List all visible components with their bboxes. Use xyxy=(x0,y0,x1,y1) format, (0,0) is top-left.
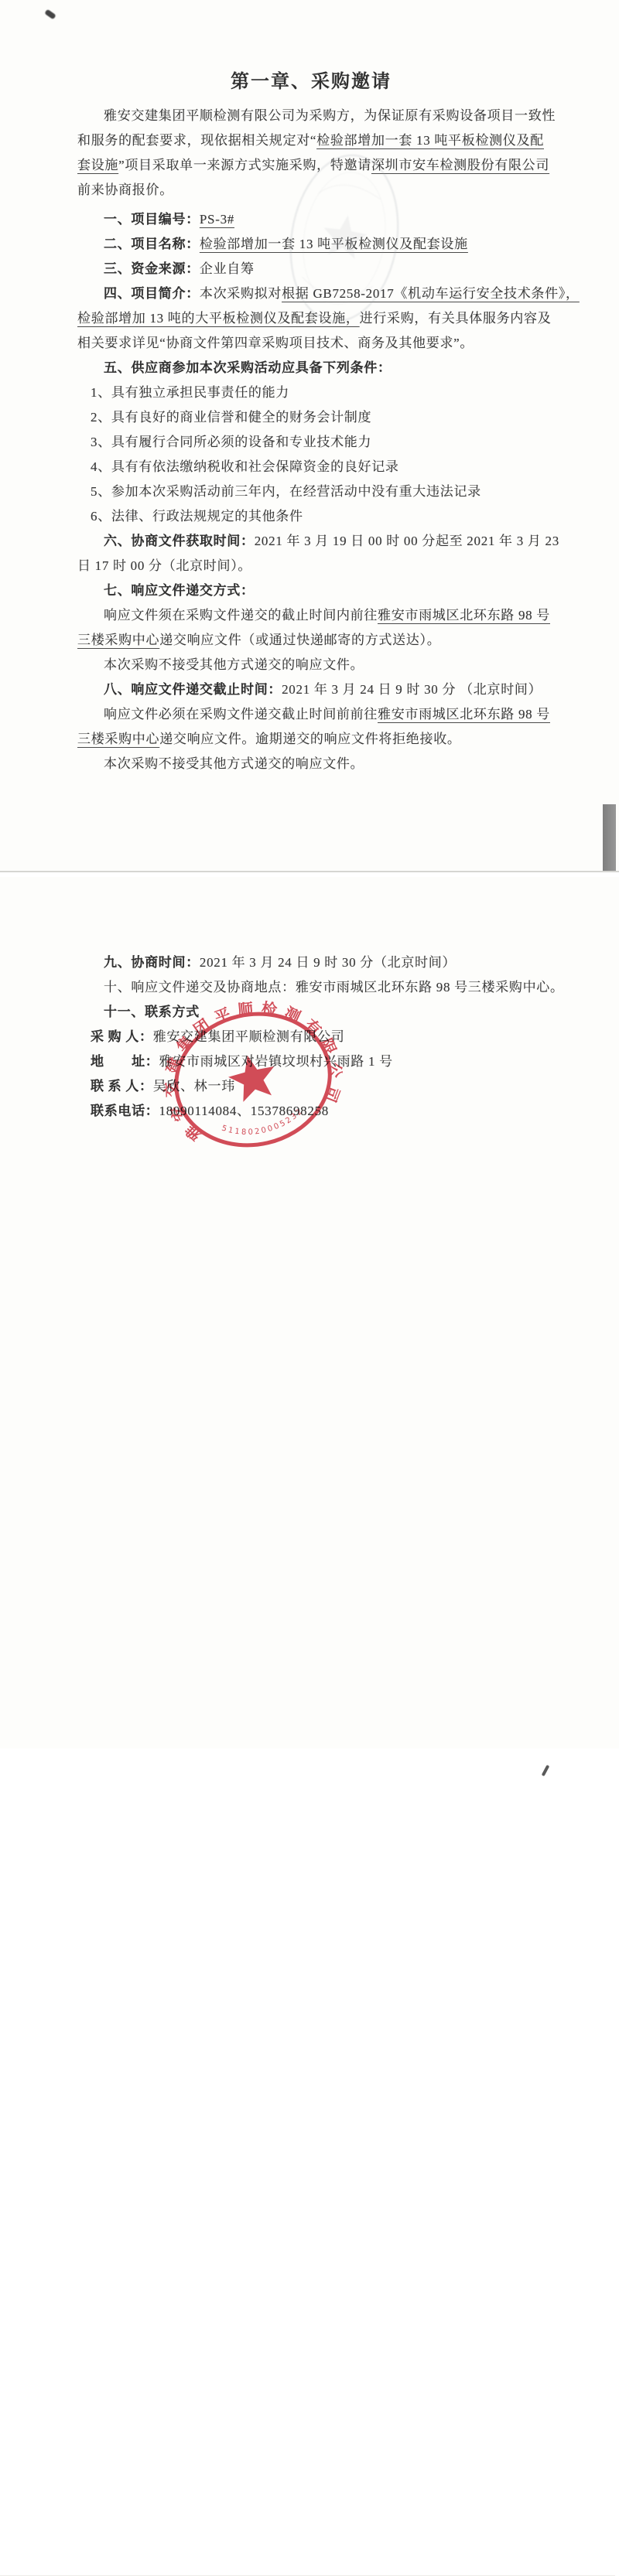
text-segment: 企业自筹 xyxy=(200,261,255,276)
text-segment: 二、项目名称： xyxy=(104,237,200,251)
text-segment: 2021 年 3 月 19 日 00 时 00 分起至 2021 年 3 月 2… xyxy=(255,534,559,548)
text-segment: 五、供应商参加本次采购活动应具备下列条件： xyxy=(104,360,392,375)
text-segment: 套设施 xyxy=(77,158,118,172)
text-segment: 2021 年 3 月 24 日 9 时 30 分 （北京时间） xyxy=(282,682,542,697)
text-segment: 三、资金来源： xyxy=(104,261,200,276)
doc-line: 5、参加本次采购活动前三年内，在经营活动中没有重大违法记录 xyxy=(77,479,545,504)
doc-line: 1、具有独立承担民事责任的能力 xyxy=(77,380,545,405)
doc-line: 三楼采购中心递交响应文件。逾期递交的响应文件将拒绝接收。 xyxy=(77,727,545,752)
text-segment: 本次采购拟对 xyxy=(200,286,282,301)
doc-line: 七、响应文件递交方式： xyxy=(77,578,545,603)
scan-mark xyxy=(44,9,56,20)
text-segment: 六、协商文件获取时间： xyxy=(104,534,255,548)
text-segment: 5、参加本次采购活动前三年内，在经营活动中没有重大违法记录 xyxy=(91,484,481,499)
scanner-edge-artifact xyxy=(603,804,616,871)
page1-content: 第一章、采购邀请 雅安交建集团平顺检测有限公司为采购方，为保证原有采购设备项目一… xyxy=(77,0,545,776)
doc-line: 三楼采购中心递交响应文件（或通过快递邮寄的方式送达）。 xyxy=(77,628,545,653)
seal-star-icon xyxy=(224,1050,280,1104)
doc-line: 本次采购不接受其他方式递交的响应文件。 xyxy=(77,752,545,776)
text-segment: 响应文件必须在采购文件递交截止时间前前往 xyxy=(104,707,378,722)
text-segment: 九、协商时间： xyxy=(104,955,200,970)
doc-line: 六、协商文件获取时间：2021 年 3 月 19 日 00 时 00 分起至 2… xyxy=(77,529,545,554)
doc-line: 日 17 时 00 分（北京时间）。 xyxy=(77,554,545,578)
text-segment: 八、响应文件递交截止时间： xyxy=(104,682,282,697)
text-segment: 一、项目编号： xyxy=(104,212,200,227)
text-segment: 1、具有独立承担民事责任的能力 xyxy=(91,385,289,400)
doc-line: 五、供应商参加本次采购活动应具备下列条件： xyxy=(77,356,545,380)
text-segment: 本次采购不接受其他方式递交的响应文件。 xyxy=(104,756,364,771)
text-segment: 前来协商报价。 xyxy=(77,183,173,197)
doc-line: 响应文件必须在采购文件递交截止时间前前往雅安市雨城区北环东路 98 号 xyxy=(77,702,545,727)
text-segment: 递交响应文件。逾期递交的响应文件将拒绝接收。 xyxy=(159,732,460,746)
text-segment: 2、具有良好的商业信誉和健全的财务会计制度 xyxy=(91,410,371,425)
text-segment: 三楼采购中心 xyxy=(77,732,159,746)
ghost-star-icon xyxy=(320,212,369,260)
text-segment: 三楼采购中心 xyxy=(77,633,159,647)
doc-line: 响应文件须在采购文件递交的截止时间内前往雅安市雨城区北环东路 98 号 xyxy=(77,603,545,628)
doc-line: 八、响应文件递交截止时间：2021 年 3 月 24 日 9 时 30 分 （北… xyxy=(77,677,545,702)
text-segment: 雅安交建集团平顺检测有限公司为采购方，为保证原有采购设备项目一致性 xyxy=(104,108,556,123)
text-segment: 4、具有有依法缴纳税收和社会保障资金的良好记录 xyxy=(91,459,399,474)
doc-line: 本次采购不接受其他方式递交的响应文件。 xyxy=(77,653,545,677)
doc-line: 4、具有有依法缴纳税收和社会保障资金的良好记录 xyxy=(77,455,545,479)
doc-line: 2、具有良好的商业信誉和健全的财务会计制度 xyxy=(77,405,545,430)
text-segment: 四、项目简介： xyxy=(104,286,200,301)
doc-line: 九、协商时间：2021 年 3 月 24 日 9 时 30 分（北京时间） xyxy=(77,950,545,975)
text-segment: 递交响应文件（或通过快递邮寄的方式送达）。 xyxy=(159,633,440,647)
svg-text:5118020005232: 5118020005232 xyxy=(219,1105,308,1144)
text-segment: 2021 年 3 月 24 日 9 时 30 分（北京时间） xyxy=(200,955,456,970)
seal-number-text: 5118020005232 xyxy=(219,1105,308,1144)
text-segment: 和服务的配套要求，现依据相关规定对“ xyxy=(77,133,316,148)
text-segment: 本次采购不接受其他方式递交的响应文件。 xyxy=(104,657,364,672)
doc-line: 6、法律、行政法规规定的其他条件 xyxy=(77,504,545,529)
text-segment: 检验部增加一套 13 吨平板检测仪及配 xyxy=(316,133,544,148)
text-segment: 七、响应文件递交方式： xyxy=(104,583,255,598)
document-page-1: 第一章、采购邀请 雅安交建集团平顺检测有限公司为采购方，为保证原有采购设备项目一… xyxy=(0,0,619,872)
doc-line: 雅安交建集团平顺检测有限公司为采购方，为保证原有采购设备项目一致性 xyxy=(77,104,545,128)
text-segment: 联 系 人： xyxy=(91,1079,153,1094)
text-segment: 雅安市雨城区北环东路 98 号三楼采购中心。 xyxy=(296,980,564,995)
text-segment: PS-3# xyxy=(200,212,234,227)
text-segment: 联系电话： xyxy=(91,1104,159,1118)
page-title: 第一章、采购邀请 xyxy=(77,68,545,96)
doc-line: 3、具有履行合同所必须的设备和专业技术能力 xyxy=(77,430,545,455)
text-segment: 响应文件须在采购文件递交的截止时间内前往 xyxy=(104,608,378,623)
text-segment: 3、具有履行合同所必须的设备和专业技术能力 xyxy=(91,435,371,449)
text-segment: 相关要求详见“协商文件第四章采购项目技术、商务及其他要求”。 xyxy=(77,336,474,350)
text-segment: 6、法律、行政法规规定的其他条件 xyxy=(91,509,303,524)
text-segment: 雅安市雨城区北环东路 98 号 xyxy=(378,707,550,722)
doc-line: 相关要求详见“协商文件第四章采购项目技术、商务及其他要求”。 xyxy=(77,331,545,356)
text-segment: 雅安市雨城区北环东路 98 号 xyxy=(378,608,550,623)
text-segment: 日 17 时 00 分（北京时间）。 xyxy=(77,558,251,573)
